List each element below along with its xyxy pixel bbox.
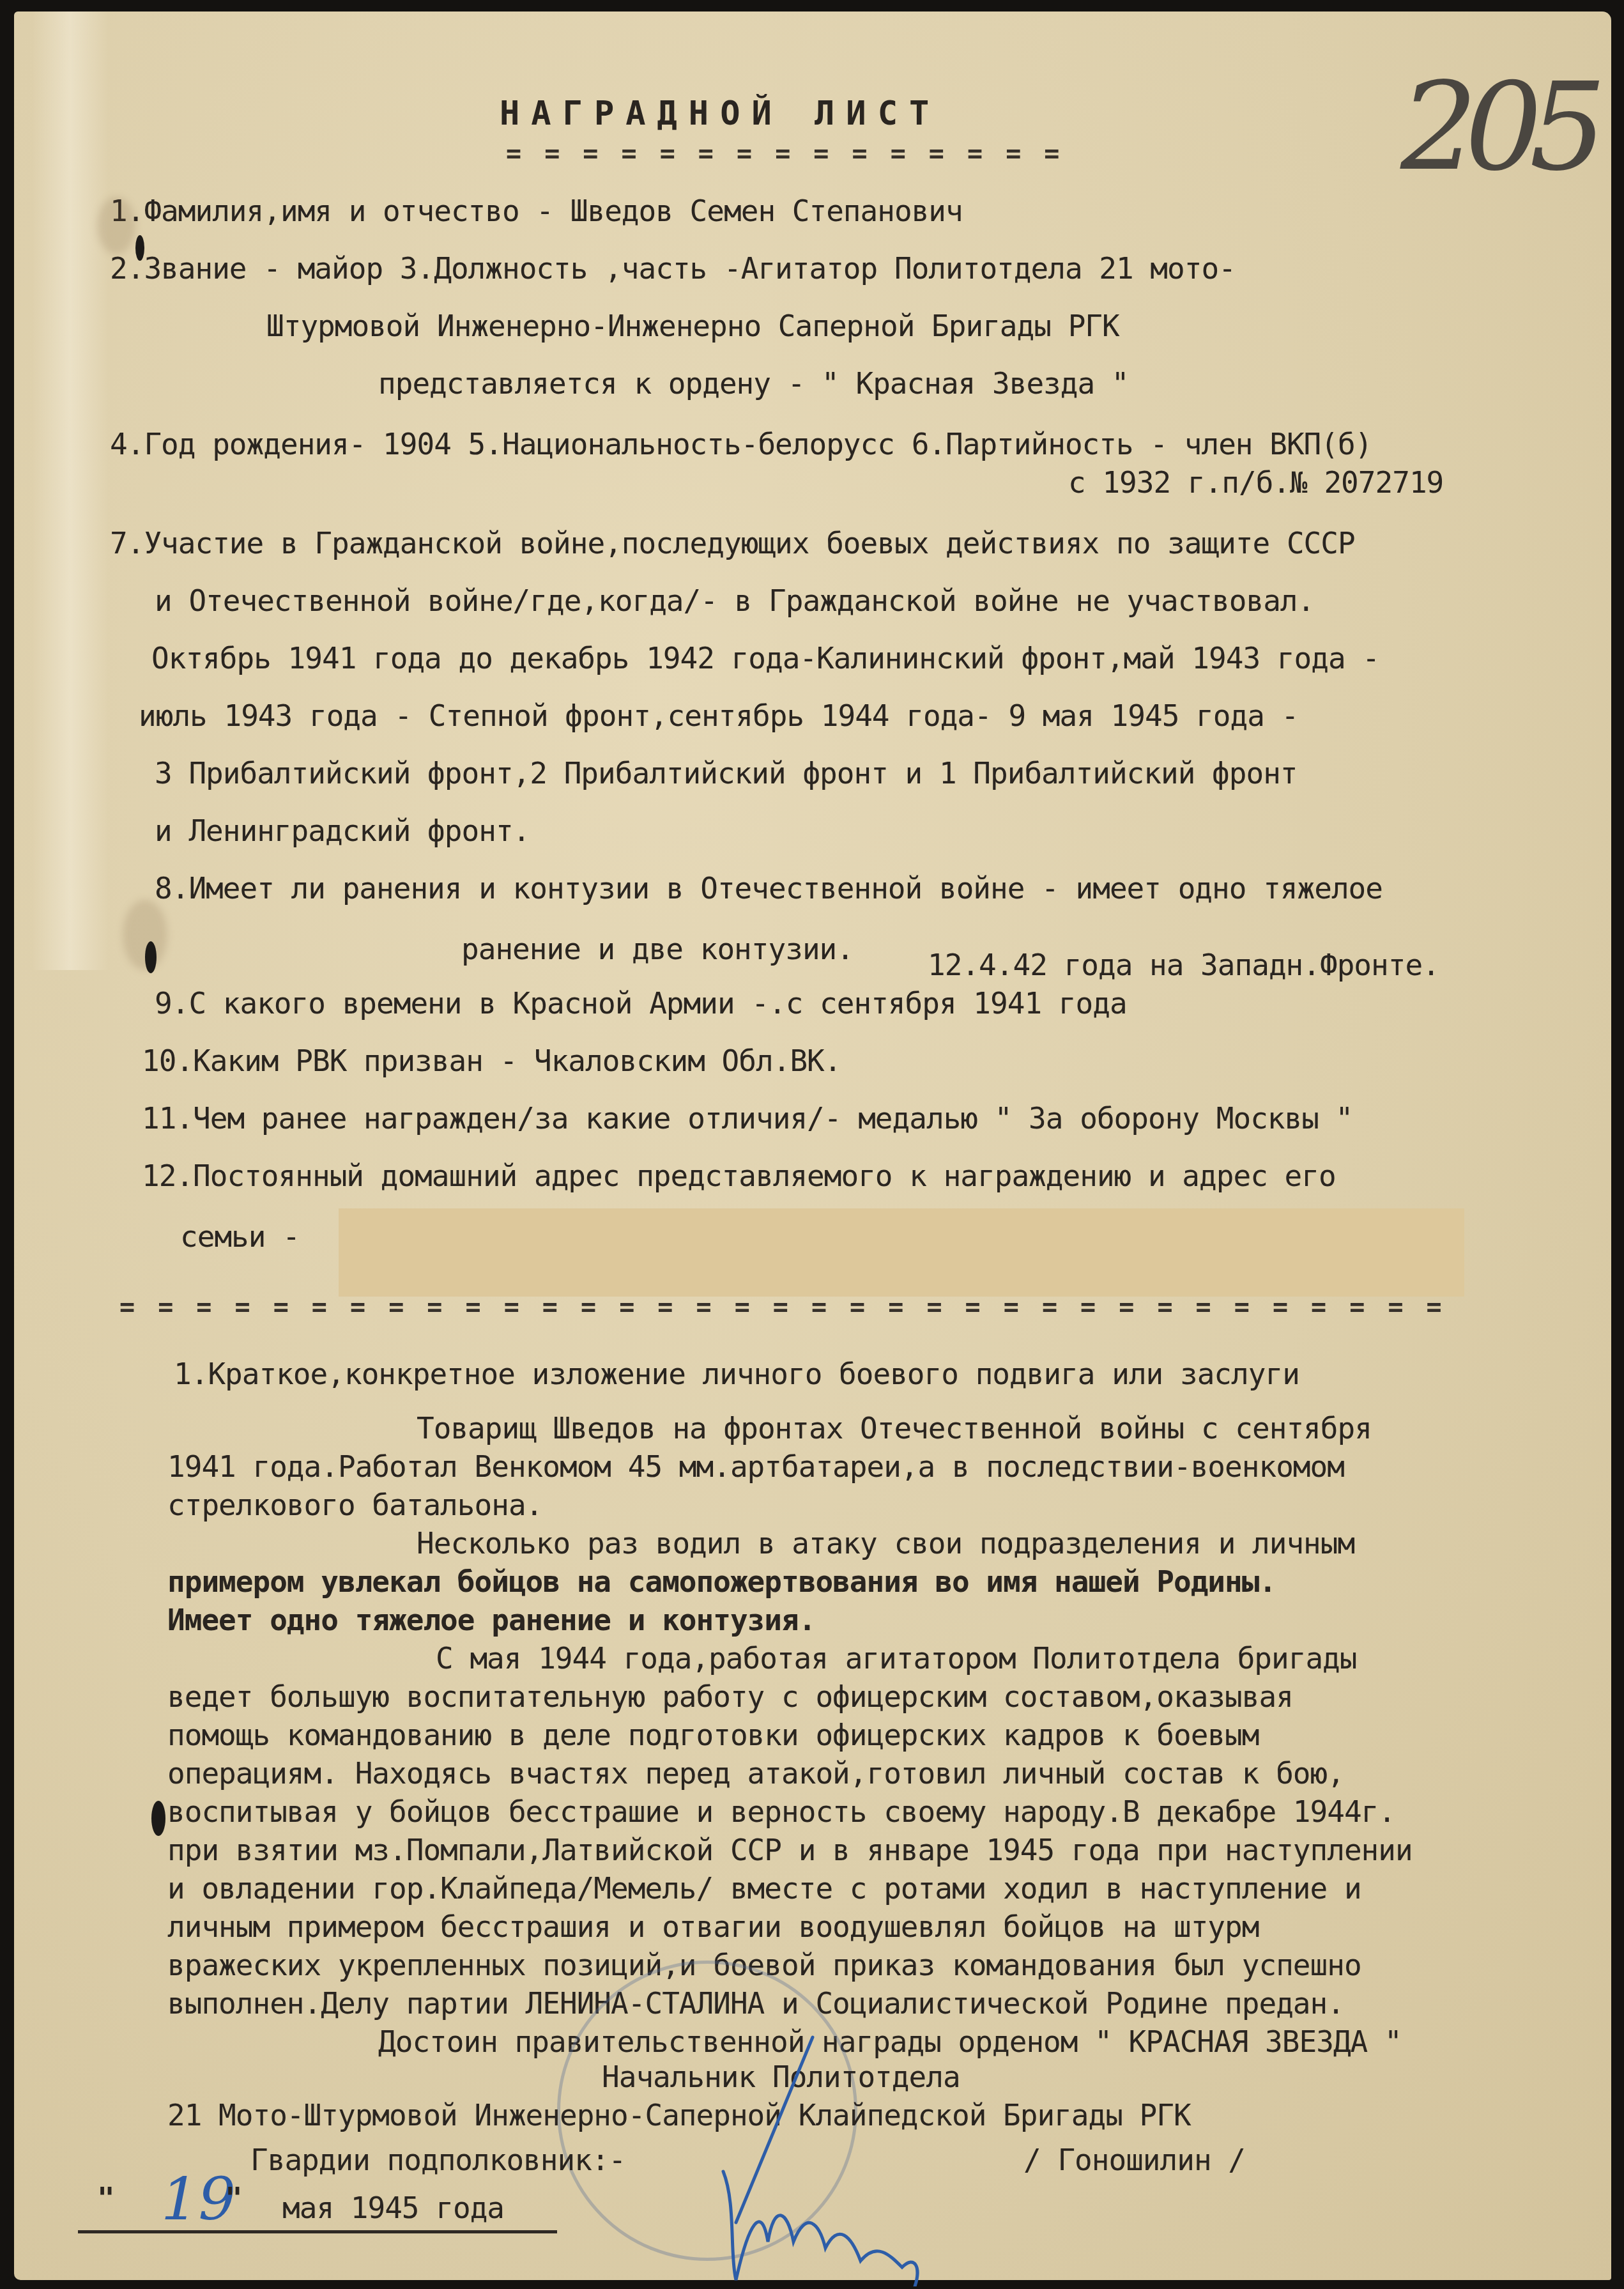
field-war-fronts-4: и Ленинградский фронт.	[155, 813, 530, 848]
merit-line: при взятии мз.Помпали,Латвийской ССР и в…	[167, 1833, 1413, 1867]
signatory-unit: 21 Мото-Штурмовой Инженерно-Саперной Кла…	[167, 2098, 1191, 2132]
handwritten-page-number: 205	[1400, 56, 1594, 197]
date-underline	[78, 2230, 557, 2233]
date-close-quote: "	[225, 2181, 242, 2216]
field-war-participation-cont: и Отечественной войне/где,когда/- в Граж…	[155, 583, 1314, 618]
field-war-fronts-2: июль 1943 года - Степной фронт,сентябрь …	[139, 698, 1298, 733]
section-separator: = = = = = = = = = = = = = = = = = = = = …	[119, 1293, 1446, 1322]
merit-line: Товарищ Шведов на фронтах Отечественной …	[417, 1411, 1372, 1445]
field-war-fronts-1: Октябрь 1941 года до декабрь 1942 года-К…	[151, 641, 1379, 675]
tape-strip	[32, 12, 109, 970]
merit-line: воспитывая у бойцов бесстрашие и верност…	[167, 1794, 1395, 1829]
signatory-rank: Гвардии подполковник:-	[250, 2143, 625, 2177]
field-party-card: с 1932 г.п/б.№ 2072719	[1068, 465, 1443, 500]
date-open-quote: "	[97, 2181, 114, 2216]
merit-line: примером увлекал бойцов на самопожертвов…	[167, 1564, 1276, 1599]
field-war-fronts-3: 3 Прибалтийский фронт,2 Прибалтийский фр…	[155, 756, 1298, 790]
field-award-nomination: представляется к ордену - " Красная Звез…	[378, 366, 1129, 401]
punch-mark	[145, 941, 157, 973]
punch-mark	[151, 1801, 165, 1836]
date-month-year: мая 1945 года	[282, 2191, 504, 2225]
handwritten-signature	[710, 2012, 979, 2286]
document-title: НАГРАДНОЙ ЛИСТ	[500, 95, 940, 133]
signatory-name: / Гоношилин /	[1023, 2143, 1245, 2177]
field-previous-awards: 11.Чем ранее награжден/за какие отличия/…	[142, 1101, 1352, 1136]
award-sheet-page: 205 НАГРАДНОЙ ЛИСТ = = = = = = = = = = =…	[14, 12, 1611, 2280]
merit-line: и овладении гор.Клайпеда/Мемель/ вместе …	[167, 1871, 1361, 1906]
merit-line: операциям. Находясь вчастях перед атакой…	[167, 1756, 1344, 1791]
field-wound-date: 12.4.42 года на Западн.Фронте.	[928, 948, 1439, 982]
field-wounds: 8.Имеет ли ранения и контузии в Отечеств…	[155, 871, 1383, 906]
field-family-address-label: семьи -	[180, 1219, 300, 1254]
merit-line: С мая 1944 года,работая агитатором Полит…	[436, 1641, 1357, 1676]
merit-line: личным примером бесстрашия и отвагии воо…	[167, 1909, 1259, 1944]
field-war-participation: 7.Участие в Гражданской войне,последующи…	[110, 526, 1355, 560]
field-unit: Штурмовой Инженерно-Инженерно Саперной Б…	[266, 309, 1119, 343]
merit-heading: 1.Краткое,конкретное изложение личного б…	[174, 1357, 1299, 1391]
field-wounds-cont: ранение и две контузии.	[461, 932, 854, 966]
merit-line: помощь командованию в деле подготовки оф…	[167, 1718, 1259, 1752]
field-full-name: 1.Фамилия,имя и отчество - Шведов Семен …	[110, 194, 963, 228]
field-home-address: 12.Постоянный домашний адрес представляе…	[142, 1159, 1336, 1193]
merit-line: ведет большую воспитательную работу с оф…	[167, 1679, 1293, 1714]
field-birth-nationality-party: 4.Год рождения- 1904 5.Национальность-бе…	[110, 427, 1372, 461]
merit-line: 1941 года.Работал Венкомом 45 мм.артбата…	[167, 1449, 1344, 1484]
field-conscripted-by: 10.Каким РВК призван - Чкаловским Обл.ВК…	[142, 1044, 841, 1078]
merit-line: Несколько раз водил в атаку свои подразд…	[417, 1526, 1354, 1561]
merit-line: стрелкового батальона.	[167, 1488, 542, 1522]
title-underline: = = = = = = = = = = = = = = =	[506, 139, 1063, 169]
redacted-address	[339, 1208, 1464, 1297]
punch-mark	[135, 235, 144, 261]
field-rank-position: 2.Звание - майор 3.Должность ,часть -Аги…	[110, 251, 1236, 286]
merit-line: Имеет одно тяжелое ранение и контузия.	[167, 1603, 815, 1637]
paper-stain	[97, 197, 135, 254]
field-service-since: 9.С какого времени в Красной Армии -.с с…	[155, 986, 1127, 1021]
